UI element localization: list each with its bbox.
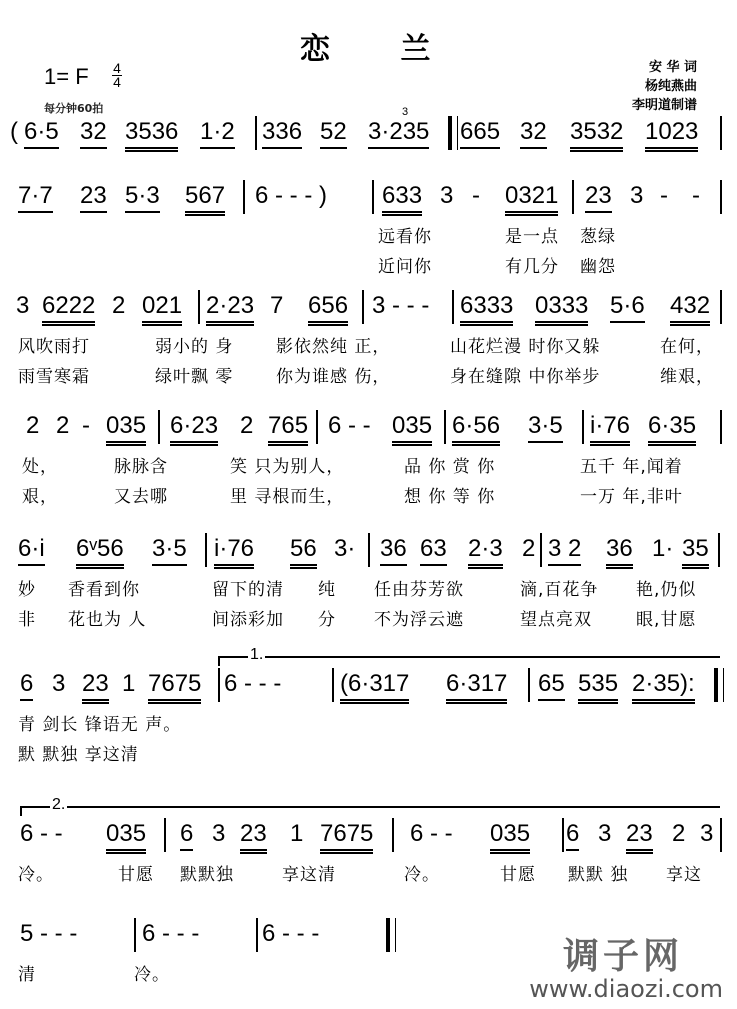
- note-group: -: [660, 182, 668, 210]
- barline: [134, 918, 136, 952]
- barline: [362, 290, 364, 324]
- barline: [392, 818, 394, 852]
- lyric-verse-1: 享这: [666, 860, 702, 885]
- barline: [720, 410, 722, 444]
- note-group: 2·35):: [632, 670, 695, 704]
- note-group: (6·317: [340, 670, 409, 704]
- barline: [720, 180, 722, 214]
- note-group: 6: [180, 820, 193, 851]
- note-group: 65: [538, 670, 565, 701]
- lyric-verse-1: 滴,百花争: [520, 575, 598, 600]
- note-group: 0321: [505, 182, 558, 216]
- note-group: 3: [16, 292, 29, 320]
- volta-bracket: [20, 806, 720, 816]
- barline: [720, 290, 722, 324]
- note-group: 3·: [334, 535, 355, 563]
- note-group: 32: [80, 118, 107, 149]
- barline: [316, 410, 318, 444]
- barline: [164, 818, 166, 852]
- lyric-verse-1: 葱绿: [580, 222, 616, 247]
- note-group: 56: [290, 535, 317, 569]
- note-group: 3: [440, 182, 453, 210]
- note-group: 6 - - -: [224, 670, 281, 698]
- note-group: 3: [598, 820, 611, 848]
- note-group: 2: [522, 535, 535, 563]
- volta-label: 2.: [50, 796, 67, 814]
- lyric-verse-1: 影依然纯 正，: [276, 332, 390, 357]
- note-group: 765: [268, 412, 308, 446]
- song-title: 恋 兰: [300, 24, 460, 68]
- note-group: 23: [240, 820, 267, 854]
- lyric-verse-1: 清: [18, 960, 36, 985]
- note-group: 23: [80, 182, 107, 213]
- note-group: 5·3: [125, 182, 160, 213]
- note-group: 6 - - - ): [255, 182, 327, 210]
- lyric-verse-2: 有几分: [505, 252, 559, 277]
- note-group: 021: [142, 292, 182, 326]
- lyric-verse-1: 留下的清: [212, 575, 284, 600]
- note-group: 035: [392, 412, 432, 446]
- barline: [720, 818, 722, 852]
- note-group: 6 - - -: [262, 920, 319, 948]
- key-signature: 1= F: [44, 64, 89, 90]
- volta-label: 1.: [248, 646, 265, 664]
- barline: [452, 290, 454, 324]
- lyric-verse-1: 冷。: [404, 860, 440, 885]
- barline: [444, 410, 446, 444]
- lyric-verse-2: 默 默独 享这清: [18, 740, 139, 765]
- lyric-verse-2: 分: [318, 605, 336, 630]
- note-group: 535: [578, 670, 618, 704]
- lyric-verse-2: 非: [18, 605, 36, 630]
- note-group: 6 - -: [410, 820, 453, 848]
- barline: [205, 533, 207, 567]
- note-group: 3536: [125, 118, 178, 152]
- lyric-verse-1: 冷。: [18, 860, 54, 885]
- note-group: 3: [700, 820, 713, 848]
- lyric-verse-1: 脉脉含: [114, 452, 168, 477]
- note-group: 3·235: [368, 118, 429, 149]
- barline: [572, 180, 574, 214]
- barline: [255, 116, 257, 150]
- note-group: 035: [106, 820, 146, 854]
- note-group: 567: [185, 182, 225, 216]
- note-group: i·76: [214, 535, 254, 569]
- barline: [198, 290, 200, 324]
- lyric-verse-1: 香看到你: [68, 575, 140, 600]
- note-group: 6·317: [446, 670, 507, 704]
- lyric-verse-1: 纯: [318, 575, 336, 600]
- note-group: 0333: [535, 292, 588, 326]
- lyric-verse-1: 甘愿: [118, 860, 154, 885]
- note-group: 7675: [320, 820, 373, 854]
- barline: [372, 180, 374, 214]
- lyric-verse-1: 青 剑长 锋语无 声。: [18, 710, 181, 735]
- note-group: 3 2: [548, 535, 581, 566]
- lyric-verse-1: 默默独: [180, 860, 234, 885]
- note-group: 6·i: [18, 535, 45, 566]
- barline: [720, 116, 722, 150]
- note-group: 1·: [652, 535, 673, 563]
- lyric-verse-2: 花也为 人: [68, 605, 146, 630]
- lyric-verse-2: 身在缝隙 中你举步: [450, 362, 600, 387]
- note-group: 2·3: [468, 535, 503, 569]
- meter-bottom: 4: [113, 74, 121, 90]
- note-group: 63: [420, 535, 447, 566]
- note-group: 3532: [570, 118, 623, 152]
- lyric-verse-2: 望点亮双: [520, 605, 592, 630]
- barline: [562, 818, 564, 852]
- time-signature: 4 4: [112, 62, 122, 89]
- lyric-verse-2: 一万 年,非叶: [580, 482, 683, 507]
- note-group: 6·56: [452, 412, 500, 446]
- note-group: 665: [460, 118, 500, 149]
- note-group: 7: [270, 292, 283, 320]
- note-group: 1: [290, 820, 303, 848]
- note-group: 36: [606, 535, 633, 569]
- lyric-verse-1: 处，: [22, 452, 58, 477]
- watermark-logo: 调子网: [563, 928, 683, 979]
- note-group: 2: [26, 412, 39, 440]
- lyric-verse-2: 你为谁感 伤，: [276, 362, 390, 387]
- triplet-mark: 3: [402, 106, 408, 118]
- note-group: 6: [566, 820, 579, 851]
- watermark-url: www.diaozi.com: [529, 975, 723, 1003]
- lyric-verse-2: 绿叶飘 零: [155, 362, 233, 387]
- note-group: 6ᵛ56: [76, 535, 124, 569]
- note-group: 035: [490, 820, 530, 854]
- barline: [256, 918, 258, 952]
- note-group: 1: [122, 670, 135, 698]
- note-group: 6·35: [648, 412, 696, 446]
- note-group: 3: [212, 820, 225, 848]
- tempo-marking: 每分钟60拍: [44, 100, 103, 116]
- note-group: 3·5: [152, 535, 187, 566]
- note-group: (: [10, 118, 18, 146]
- note-group: 6 - -: [328, 412, 371, 440]
- double-barline: [714, 668, 724, 702]
- lyric-verse-1: 山花烂漫 时你又躲: [450, 332, 600, 357]
- note-group: 2: [240, 412, 253, 440]
- double-barline: [386, 918, 396, 952]
- lyric-verse-1: 是一点: [505, 222, 559, 247]
- lyric-verse-1: 艳,仍似: [636, 575, 696, 600]
- lyric-verse-1: 任由芬芳欲: [374, 575, 464, 600]
- note-group: 1023: [645, 118, 698, 152]
- note-group: 6: [20, 670, 33, 701]
- lyric-verse-2: 不为浮云遮: [374, 605, 464, 630]
- note-group: 7·7: [18, 182, 53, 213]
- lyric-verse-1: 甘愿: [500, 860, 536, 885]
- note-group: i·76: [590, 412, 630, 446]
- note-group: -: [472, 182, 480, 210]
- note-group: 1·2: [200, 118, 235, 149]
- note-group: 3: [52, 670, 65, 698]
- note-group: -: [82, 412, 90, 440]
- note-group: 36: [380, 535, 407, 566]
- lyric-verse-2: 维艰，: [660, 362, 714, 387]
- note-group: 2: [672, 820, 685, 848]
- lyric-verse-2: 又去哪: [114, 482, 168, 507]
- barline: [718, 533, 720, 567]
- note-group: 2·23: [206, 292, 254, 326]
- lyric-verse-1: 笑 只为别人，: [230, 452, 344, 477]
- note-group: 23: [585, 182, 612, 213]
- arranger-credit: 李明道制谱: [632, 94, 697, 113]
- note-group: 6·23: [170, 412, 218, 446]
- barline: [368, 533, 370, 567]
- note-group: 633: [382, 182, 422, 216]
- note-group: 336: [262, 118, 302, 149]
- barline: [243, 180, 245, 214]
- lyric-verse-2: 想 你 等 你: [404, 482, 495, 507]
- lyric-verse-2: 雨雪寒霜: [18, 362, 90, 387]
- double-barline: [448, 116, 458, 150]
- volta-bracket: [218, 656, 720, 666]
- lyric-verse-2: 间添彩加: [212, 605, 284, 630]
- lyric-verse-1: 冷。: [134, 960, 170, 985]
- note-group: -: [692, 182, 700, 210]
- note-group: 2: [112, 292, 125, 320]
- barline: [540, 533, 542, 567]
- lyric-verse-2: 近问你: [378, 252, 432, 277]
- barline: [582, 410, 584, 444]
- lyric-verse-1: 风吹雨打: [18, 332, 90, 357]
- lyric-verse-1: 享这清: [282, 860, 336, 885]
- note-group: 656: [308, 292, 348, 326]
- lyric-verse-1: 妙: [18, 575, 36, 600]
- note-group: 5·6: [610, 292, 645, 323]
- note-group: 52: [320, 118, 347, 149]
- lyric-verse-1: 在何，: [660, 332, 714, 357]
- lyric-verse-1: 远看你: [378, 222, 432, 247]
- note-group: 23: [82, 670, 109, 704]
- lyric-verse-1: 默默 独: [568, 860, 628, 885]
- note-group: 32: [520, 118, 547, 149]
- note-group: 3: [630, 182, 643, 210]
- note-group: 6333: [460, 292, 513, 326]
- lyric-verse-2: 幽怨: [580, 252, 616, 277]
- lyric-verse-1: 五千 年,闻着: [580, 452, 683, 477]
- note-group: 6 - - -: [142, 920, 199, 948]
- note-group: 23: [626, 820, 653, 854]
- note-group: 2: [56, 412, 69, 440]
- barline: [528, 668, 530, 702]
- note-group: 7675: [148, 670, 201, 704]
- note-group: 035: [106, 412, 146, 446]
- barline: [332, 668, 334, 702]
- lyric-verse-1: 品 你 赏 你: [404, 452, 495, 477]
- barline: [218, 668, 220, 702]
- note-group: 6·5: [24, 118, 59, 149]
- note-group: 3·5: [528, 412, 563, 443]
- barline: [158, 410, 160, 444]
- lyric-verse-2: 艰，: [22, 482, 58, 507]
- note-group: 432: [670, 292, 710, 326]
- lyric-verse-2: 眼,甘愿: [636, 605, 696, 630]
- lyric-verse-2: 里 寻根而生，: [230, 482, 344, 507]
- lyric-verse-1: 弱小的 身: [155, 332, 233, 357]
- composer-credit: 杨纯燕曲: [645, 75, 697, 94]
- note-group: 6 - -: [20, 820, 63, 848]
- lyricist-credit: 安 华 词: [649, 56, 697, 75]
- note-group: 6222: [42, 292, 95, 326]
- note-group: 5 - - -: [20, 920, 77, 948]
- note-group: 35: [682, 535, 709, 569]
- note-group: 3 - - -: [372, 292, 429, 320]
